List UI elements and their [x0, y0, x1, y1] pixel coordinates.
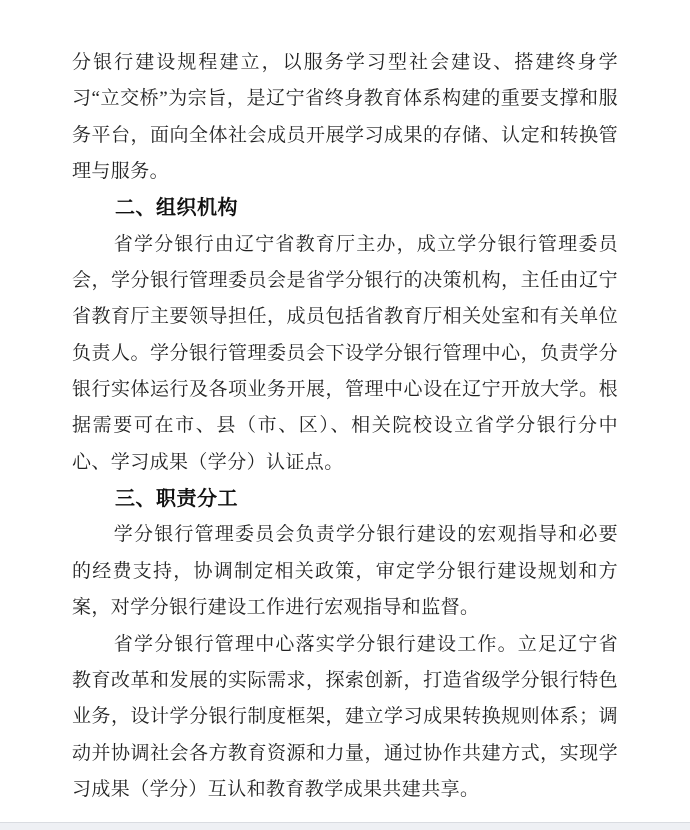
- document-text-block: 分银行建设规程建立，以服务学习型社会建设、搭建终身学习“立交桥”为宗旨，是辽宁省…: [72, 45, 618, 808]
- document-page: 分银行建设规程建立，以服务学习型社会建设、搭建终身学习“立交桥”为宗旨，是辽宁省…: [0, 0, 690, 822]
- section-heading-responsibilities: 三、职责分工: [72, 481, 618, 517]
- page-bottom-edge-gap: [0, 822, 690, 830]
- paragraph-committee-duties: 学分银行管理委员会负责学分银行建设的宏观指导和必要的经费支持，协调制定相关政策，…: [72, 517, 618, 626]
- paragraph-center-duties: 省学分银行管理中心落实学分银行建设工作。立足辽宁省教育改革和发展的实际需求，探索…: [72, 627, 618, 809]
- section-heading-organization: 二、组织机构: [72, 190, 618, 226]
- paragraph-organization: 省学分银行由辽宁省教育厅主办，成立学分银行管理委员会，学分银行管理委员会是省学分…: [72, 227, 618, 481]
- paragraph-intro-continuation: 分银行建设规程建立，以服务学习型社会建设、搭建终身学习“立交桥”为宗旨，是辽宁省…: [72, 45, 618, 190]
